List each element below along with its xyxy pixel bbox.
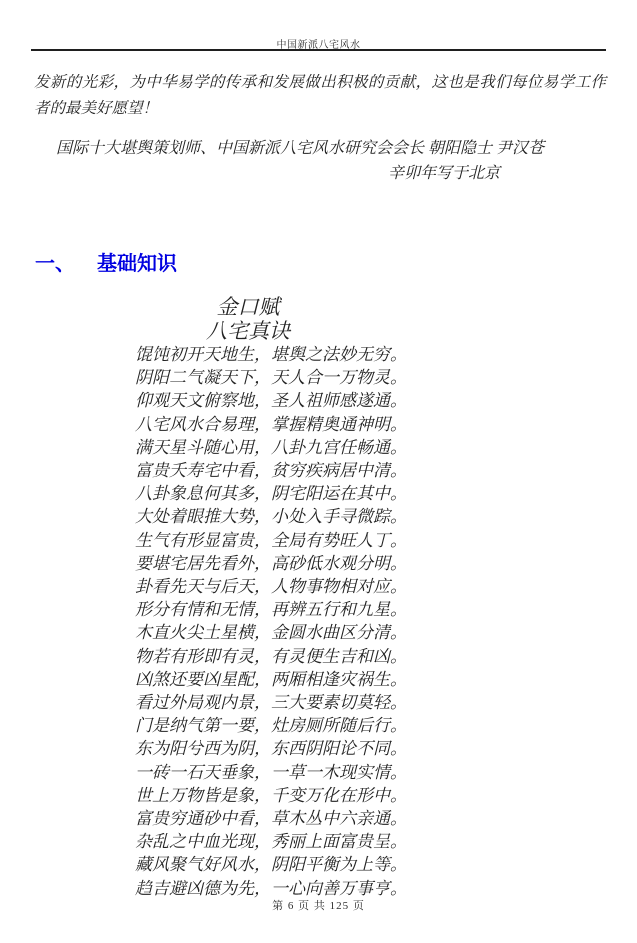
poem-block: 金口赋 八宅真诀 馄饨初开天地生，堪舆之法妙无穷。 阴阳二气凝天下，天人合一万物… [0, 295, 542, 900]
poem-line: 门是纳气第一要，灶房厕所随后行。 [0, 714, 542, 737]
poem-line: 满天星斗随心用，八卦九宫任畅通。 [0, 436, 542, 459]
poem-line: 东为阳兮西为阴，东西阴阳论不同。 [0, 737, 542, 760]
poem-line: 仰观天文俯察地，圣人祖师感遂通。 [0, 389, 542, 412]
poem-line: 世上万物皆是象，千变万化在形中。 [0, 784, 542, 807]
poem-line: 要堪宅居先看外，高砂低水观分明。 [0, 552, 542, 575]
poem-line: 一砖一石天垂象，一草一木现实情。 [0, 761, 542, 784]
poem-line: 看过外局观内景，三大要素切莫轻。 [0, 691, 542, 714]
poem-line: 凶煞还要凶星配，两厢相逢灾祸生。 [0, 668, 542, 691]
poem-line: 大处着眼推大势，小处入手寻微踪。 [0, 505, 542, 528]
poem-line: 卦看先天与后天，人物事物相对应。 [0, 575, 542, 598]
section-number: 一、 [35, 247, 75, 276]
intro-paragraph: 发新的光彩，为中华易学的传承和发展做出积极的贡献，这也是我们每位易学工作 者的最… [34, 70, 606, 122]
intro-line: 发新的光彩，为中华易学的传承和发展做出积极的贡献，这也是我们每位易学工作 [34, 70, 606, 96]
attribution-author-line: 国际十大堪舆策划师、中国新派八宅风水研究会会长 朝阳隐士 尹汉苍 [0, 135, 600, 158]
poem-line: 藏风聚气好风水，阴阳平衡为上等。 [0, 853, 542, 876]
poem-line: 富贵夭寿宅中看，贫穷疾病居中清。 [0, 459, 542, 482]
poem-line: 形分有情和无情，再辨五行和九星。 [0, 598, 542, 621]
poem-subtitle: 八宅真诀 [0, 319, 542, 343]
poem-line: 阴阳二气凝天下，天人合一万物灵。 [0, 366, 542, 389]
poem-line: 生气有形显富贵，全局有势旺人丁。 [0, 529, 542, 552]
poem-line: 杂乱之中血光现，秀丽上面富贵呈。 [0, 830, 542, 853]
poem-line: 木直火尖土星横，金圆水曲区分清。 [0, 621, 542, 644]
poem-line: 八卦象息何其多，阴宅阳运在其中。 [0, 482, 542, 505]
document-page: 中国新派八宅风水 发新的光彩，为中华易学的传承和发展做出积极的贡献，这也是我们每… [0, 0, 637, 943]
attribution-date-line: 辛卯年写于北京 [0, 160, 500, 183]
header-rule [31, 49, 606, 51]
poem-line: 馄饨初开天地生，堪舆之法妙无穷。 [0, 343, 542, 366]
poem-title: 金口赋 [0, 295, 542, 319]
section-heading: 一、 基础知识 [35, 247, 177, 276]
section-title: 基础知识 [97, 247, 177, 276]
poem-line: 物若有形即有灵，有灵便生吉和凶。 [0, 645, 542, 668]
page-number-footer: 第 6 页 共 125 页 [0, 897, 637, 913]
poem-line: 富贵穷通砂中看，草木丛中六亲通。 [0, 807, 542, 830]
intro-line: 者的最美好愿望！ [34, 96, 606, 122]
poem-line: 八宅风水合易理，掌握精奥通神明。 [0, 413, 542, 436]
